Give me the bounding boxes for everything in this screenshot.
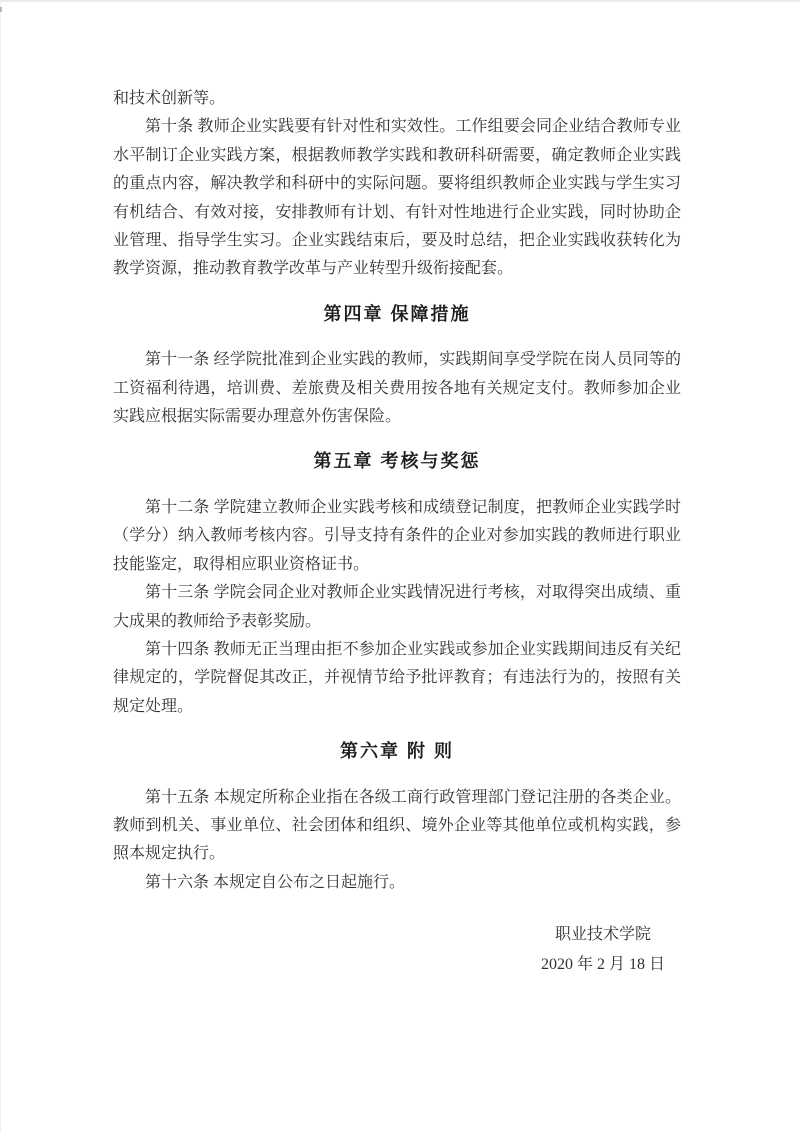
paragraph: 第十五条 本规定所称企业指在各级工商行政管理部门登记注册的各类企业。教师到机关、… (113, 784, 681, 869)
signature-block: 职业技术学院 2020 年 2 月 18 日 (525, 920, 681, 980)
chapter-heading: 第四章 保障措施 (113, 300, 681, 328)
document-blocks: 和技术创新等。第十条 教师企业实践要有针对性和实效性。工作组要会同企业结合教师专… (113, 85, 681, 897)
paragraph: 第十条 教师企业实践要有针对性和实效性。工作组要会同企业结合教师专业水平制订企业… (113, 113, 681, 283)
scan-artifact-top-edge (0, 0, 800, 2)
paragraph: 第十四条 教师无正当理由拒不参加企业实践或参加企业实践期间违反有关纪律规定的，学… (113, 636, 681, 721)
chapter-heading: 第六章 附 则 (113, 737, 681, 765)
scanned-document-page: 和技术创新等。第十条 教师企业实践要有针对性和实效性。工作组要会同企业结合教师专… (0, 0, 800, 1132)
scan-artifact-left-edge (0, 0, 1, 1132)
signature-organization: 职业技术学院 (525, 920, 681, 950)
paragraph: 和技术创新等。 (113, 85, 681, 113)
paragraph: 第十一条 经学院批准到企业实践的教师，实践期间享受学院在岗人员同等的工资福利待遇… (113, 346, 681, 431)
paragraph: 第十二条 学院建立教师企业实践考核和成绩登记制度，把教师企业实践学时（学分）纳入… (113, 494, 681, 579)
scan-artifact-speck (0, 7, 2, 12)
chapter-heading: 第五章 考核与奖惩 (113, 447, 681, 475)
paragraph: 第十三条 学院会同企业对教师企业实践情况进行考核，对取得突出成绩、重大成果的教师… (113, 579, 681, 636)
document-body: 和技术创新等。第十条 教师企业实践要有针对性和实效性。工作组要会同企业结合教师专… (113, 85, 681, 980)
paragraph: 第十六条 本规定自公布之日起施行。 (113, 869, 681, 897)
signature-date: 2020 年 2 月 18 日 (525, 950, 681, 980)
